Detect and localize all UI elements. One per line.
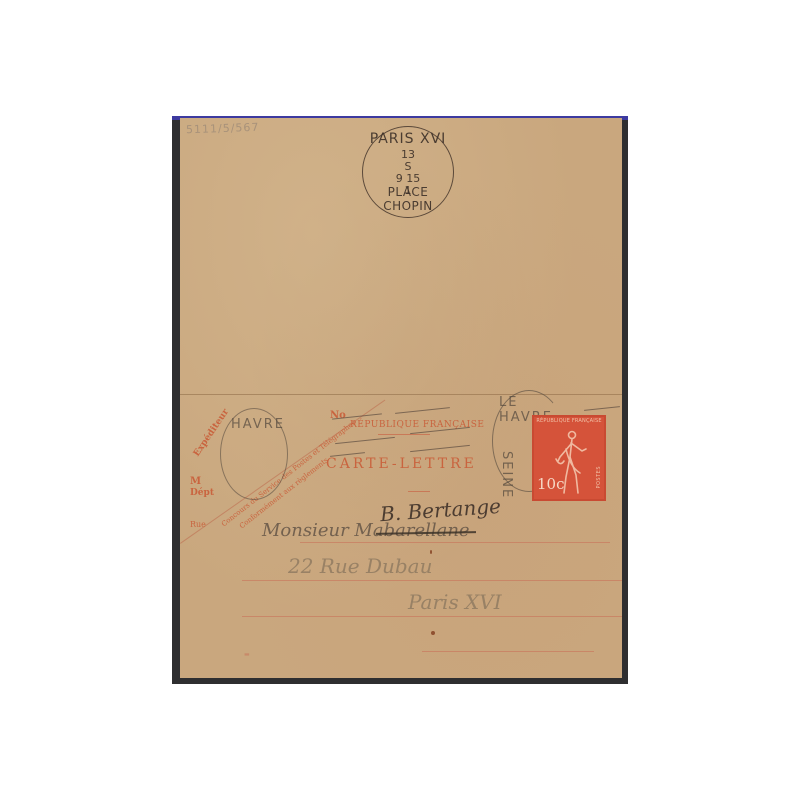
stamp-postes: POSTES xyxy=(596,466,602,489)
cancel-bar xyxy=(584,406,620,411)
flap-rue: Rue xyxy=(190,520,206,529)
printer-mark: ▬ xyxy=(244,651,250,658)
paris-postmark: PARIS XVI 13 S 9 15 1 PLACE CHOPIN xyxy=(362,126,454,218)
address-rule xyxy=(242,580,622,581)
stamp-header: RÉPUBLIQUE FRANÇAISE xyxy=(532,418,606,424)
perforation-right xyxy=(619,118,622,678)
postmark-top-text: PARIS XVI xyxy=(363,131,453,147)
stamp-value: 10c xyxy=(537,475,565,493)
postmark-sub: SEINE xyxy=(499,451,514,499)
postmark-text: HAVRE xyxy=(231,417,285,432)
cancel-bar xyxy=(395,407,450,414)
address-line-3: Paris XVI xyxy=(408,590,502,614)
address-rule xyxy=(422,651,594,652)
address-rule xyxy=(242,616,622,617)
perforation-left xyxy=(180,118,183,678)
flap-dept: Dépt xyxy=(190,488,214,498)
title-rule xyxy=(408,491,430,492)
address-rule xyxy=(300,542,610,543)
cancel-bar xyxy=(410,445,470,453)
perforation-bottom xyxy=(180,675,622,678)
ink-spot xyxy=(430,550,432,554)
cancel-bar xyxy=(335,437,395,445)
address-line-2: 22 Rue Dubau xyxy=(288,554,432,578)
lettercard: 5111/5/567 PARIS XVI 13 S 9 15 1 PLACE C… xyxy=(180,118,622,678)
inventory-number: 5111/5/567 xyxy=(186,121,260,137)
postmark-bottom-text: PLACE CHOPIN xyxy=(363,185,453,213)
postage-stamp: RÉPUBLIQUE FRANÇAISE 10c POSTES xyxy=(532,415,606,501)
flap-m: M xyxy=(190,476,201,487)
address-line-1: Monsieur Mabarellane xyxy=(262,520,470,541)
ink-spot xyxy=(431,631,435,635)
havre-postmark-left: HAVRE xyxy=(220,408,288,500)
carte-lettre-title: CARTE-LETTRE xyxy=(326,456,477,472)
header-rule xyxy=(378,434,430,435)
